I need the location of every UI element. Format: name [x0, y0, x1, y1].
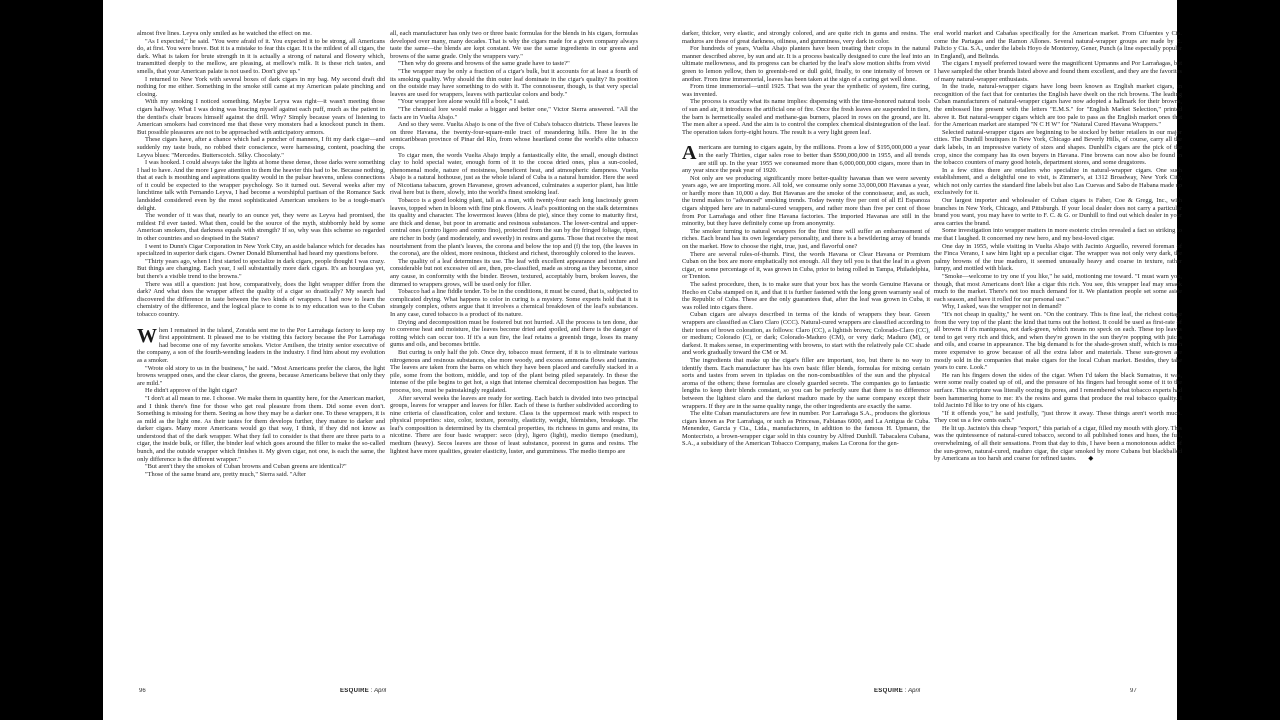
- paragraph: I returned to New York with several boxe…: [137, 76, 385, 99]
- paragraph: Not only are we producing significantly …: [682, 175, 930, 228]
- paragraph: "As I expected," he said. "You were afra…: [137, 38, 385, 76]
- paragraph: But curing is only half the job. Once dr…: [390, 349, 638, 395]
- paragraph: Tobacco is a good looking plant, tall as…: [390, 197, 638, 258]
- paragraph: He didn't approve of the light cigar?: [137, 387, 385, 395]
- paragraph: "Wrote old story to us in the business,"…: [137, 365, 385, 388]
- paragraph: Drying and decomposition must be fostere…: [390, 319, 638, 349]
- right-page-column-1: darker, thicker, very elastic, and stron…: [682, 30, 930, 630]
- paragraph: "It's not cheap in quality," he went on.…: [934, 311, 1182, 372]
- paragraph: And so they were. Vuelta Abajo is one of…: [390, 121, 638, 151]
- drop-cap: A: [682, 145, 696, 161]
- magazine-spread: almost five lines. Leyva only smiled as …: [103, 0, 1177, 720]
- masthead-issue: April: [908, 688, 920, 694]
- paragraph: For hundreds of years, Vuelta Abajo plan…: [682, 45, 930, 83]
- paragraph: "Those of the same brand are, pretty muc…: [137, 471, 385, 479]
- drop-cap: W: [137, 328, 157, 344]
- paragraph: From time immemorial—until 1925. That wa…: [682, 83, 930, 98]
- section-lead-paragraph: Americans are turning to cigars again, b…: [682, 144, 930, 174]
- paragraph: Selected natural-wrapper cigars are begi…: [934, 129, 1182, 167]
- right-page-column-2: eral world market and Cabañas specifical…: [934, 30, 1182, 642]
- paragraph: Why, I asked, was the wrapper not in dem…: [934, 303, 1182, 311]
- paragraph: These cigars have, after a chance which …: [137, 136, 385, 159]
- section-lead-text: mericans are turning to cigars again, by…: [682, 144, 930, 174]
- paragraph: The cigars I myself preferred toward wer…: [934, 60, 1182, 83]
- paragraph: I was hooked. I could always take the li…: [137, 159, 385, 212]
- paragraph: In a few cities there are retailers who …: [934, 167, 1182, 197]
- running-footer-left: ESQUIRE : April: [340, 688, 386, 694]
- section-lead-paragraph: When I remained in the island, Zoraida s…: [137, 327, 385, 365]
- running-footer-right: ESQUIRE : April: [874, 688, 920, 694]
- paragraph: darker, thicker, very elastic, and stron…: [682, 30, 930, 45]
- page-number-right: 97: [1130, 688, 1137, 694]
- page-number-left: 96: [139, 688, 146, 694]
- paragraph: There was still a question: just how, co…: [137, 281, 385, 319]
- final-paragraph: He lit up. Jacinto's this cheap "export,…: [934, 425, 1182, 463]
- paragraph: I went to Dunn's Cigar Corporation in Ne…: [137, 243, 385, 258]
- paragraph: almost five lines. Leyva only smiled as …: [137, 30, 385, 38]
- paragraph: Cuban cigars are always described in ter…: [682, 311, 930, 357]
- paragraph: eral world market and Cabañas specifical…: [934, 30, 1182, 60]
- masthead-brand: ESQUIRE: [874, 688, 903, 694]
- left-page: almost five lines. Leyva only smiled as …: [103, 0, 640, 720]
- paragraph: "If it offends you," he said jestfully, …: [934, 410, 1182, 425]
- paragraph: "Thirty years ago, when I first started …: [137, 258, 385, 281]
- right-page: darker, thicker, very elastic, and stron…: [640, 0, 1177, 720]
- paragraph: The process is exactly what its name imp…: [682, 98, 930, 136]
- paragraph: "Your wrapper lore alone would fill a bo…: [390, 98, 638, 106]
- paragraph: After several weeks the leaves are ready…: [390, 395, 638, 456]
- paragraph-text: He lit up. Jacinto's this cheap "export,…: [934, 425, 1182, 462]
- left-page-column-2: all, each manufacturer has only two or t…: [390, 30, 638, 670]
- end-mark-icon: ◆: [1080, 455, 1093, 463]
- paragraph: "Then why do greens and browns of the sa…: [390, 60, 638, 68]
- paragraph: To cigar men, the words Vuelta Abajo imp…: [390, 152, 638, 198]
- paragraph: Our largest importer and wholesaler of C…: [934, 197, 1182, 227]
- masthead-brand: ESQUIRE: [340, 688, 369, 694]
- paragraph: The ingredients that make up the cigar's…: [682, 357, 930, 410]
- paragraph: With my smoking I noticed something. May…: [137, 98, 385, 136]
- paragraph: The elite Cuban manufacturers are few in…: [682, 410, 930, 448]
- paragraph: In the trade, natural-wrapper cigars hav…: [934, 83, 1182, 129]
- section-lead-text: hen I remained in the island, Zoraida se…: [137, 327, 385, 364]
- paragraph: all, each manufacturer has only two or t…: [390, 30, 638, 60]
- masthead-issue: April: [374, 688, 386, 694]
- paragraph: There are several rules-of-thumb. First,…: [682, 251, 930, 281]
- paragraph: The quality of a leaf determines its use…: [390, 258, 638, 288]
- paragraph: "I don't at all mean to me. I choose. We…: [137, 395, 385, 463]
- section-break: [137, 319, 385, 327]
- paragraph: He ran his fingers down the sides of the…: [934, 372, 1182, 410]
- paragraph: The wonder of it was that, nearly to an …: [137, 212, 385, 242]
- paragraph: Tobacco had a line fiddle tender. To be …: [390, 288, 638, 318]
- paragraph: Some investigation into wrapper matters …: [934, 227, 1182, 242]
- paragraph: "The chemical lore would make a bigger a…: [390, 106, 638, 121]
- paragraph: "But aren't they the smokes of Cuban bro…: [137, 463, 385, 471]
- paragraph: The smoker turning to natural wrappers f…: [682, 228, 930, 251]
- paragraph: The safest procedure, then, is to make s…: [682, 281, 930, 311]
- paragraph: "Smoke—welcome to try one if you like," …: [934, 273, 1182, 303]
- paragraph: One day in 1955, while visiting in Vuelt…: [934, 243, 1182, 273]
- paragraph: "The wrapper may be only a fraction of a…: [390, 68, 638, 98]
- left-page-column-1: almost five lines. Leyva only smiled as …: [137, 30, 385, 658]
